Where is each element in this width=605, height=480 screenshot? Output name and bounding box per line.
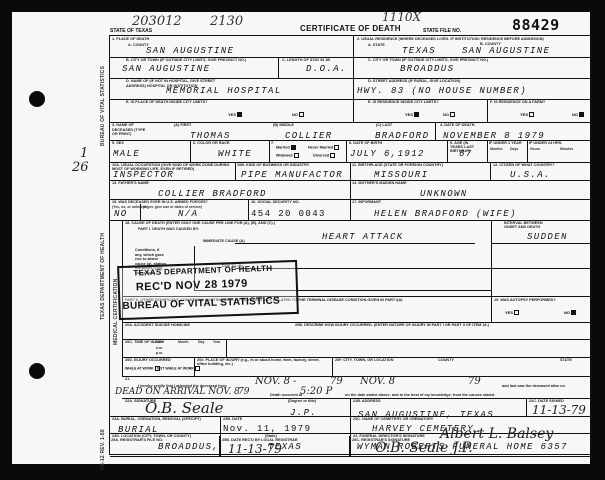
received-stamp: TEXAS DEPARTMENT OF HEALTH REC'D NOV 28 … bbox=[117, 260, 299, 320]
field-label: 11. BIRTHPLACE (State or foreign country… bbox=[352, 163, 443, 167]
armed-forces-value: NO bbox=[114, 209, 128, 219]
inside-city-no: NO bbox=[292, 112, 304, 117]
document-title: CERTIFICATE OF DEATH bbox=[300, 24, 401, 33]
field-label: 20d. INJURY OCCURRED bbox=[125, 358, 171, 362]
field-label: 23a. BURIAL, CREMATION, REMOVAL (Specify… bbox=[112, 417, 201, 421]
date-signed-value: 11-13-79 bbox=[532, 403, 586, 417]
occupation-value: INSPECTOR bbox=[113, 170, 174, 180]
checkbox[interactable] bbox=[299, 112, 304, 117]
field-label: 6. COLOR OR RACE bbox=[193, 141, 230, 145]
residence-city-value: BROADDUS bbox=[400, 64, 454, 74]
field-label: 12. CITIZEN OF WHAT COUNTRY? bbox=[493, 163, 555, 167]
autopsy-no: NO bbox=[564, 310, 576, 315]
checkbox[interactable] bbox=[195, 366, 200, 371]
field-label: IF UNDER 24 HRS. bbox=[529, 141, 562, 145]
field-label: 7. bbox=[271, 141, 274, 145]
checkbox-checked[interactable] bbox=[291, 145, 296, 150]
field-label: 14. MOTHER'S MAIDEN NAME bbox=[352, 181, 407, 185]
hospital-value: MEMORIAL HOSPITAL bbox=[166, 86, 282, 96]
punch-hole bbox=[29, 91, 45, 107]
field-label: 4. DATE OF DEATH bbox=[440, 123, 474, 127]
field-label: Month bbox=[178, 340, 189, 344]
residence-county-value: SAN AUGUSTINE bbox=[462, 46, 550, 56]
checkbox-checked[interactable] bbox=[237, 112, 242, 117]
attended-from-date: NOV. 8 - bbox=[255, 376, 297, 387]
field-label: a.m. bbox=[156, 346, 163, 350]
field-label: 13. FATHER'S NAME bbox=[112, 181, 149, 185]
stamp-department: TEXAS DEPARTMENT OF HEALTH bbox=[133, 264, 272, 278]
field-label: 20e. PLACE OF INJURY (e.g., in or about … bbox=[197, 358, 327, 366]
field-label: 18. CAUSE OF DEATH (Enter only one cause… bbox=[125, 221, 275, 225]
field-label: e. IS PLACE OF DEATH INSIDE CITY LIMITS? bbox=[126, 100, 208, 104]
length-of-stay-value: D.O.A. bbox=[306, 64, 347, 74]
form-code: VS-12 REV. 1-58 bbox=[100, 429, 106, 470]
marital-never-married: Never Married bbox=[308, 145, 339, 150]
stamp-bureau: BUREAU OF VITAL STATISTICS bbox=[122, 295, 280, 311]
residence-street-value: HWY. 83 (NO HOUSE NUMBER) bbox=[357, 86, 527, 96]
farm-no: NO bbox=[572, 112, 584, 117]
checkbox[interactable] bbox=[334, 145, 339, 150]
field-label: 10b. KIND OF BUSINESS OR INDUSTRY bbox=[237, 163, 309, 167]
handwritten-code: 1110X bbox=[382, 10, 421, 24]
margin-note: 1 bbox=[80, 146, 88, 161]
field-label: INTERVAL BETWEEN ONSET AND DEATH bbox=[504, 221, 544, 229]
burial-city-value: BROADDUS, bbox=[158, 442, 219, 452]
checkbox[interactable] bbox=[529, 112, 534, 117]
stamp-received-date: REC'D NOV 28 1979 bbox=[136, 278, 248, 294]
war-service-value: N/A bbox=[178, 209, 198, 219]
autopsy-yes: YES bbox=[505, 310, 519, 315]
field-label: COUNTY bbox=[438, 358, 454, 362]
handwritten-number: 2130 bbox=[210, 14, 243, 29]
checkbox-checked[interactable] bbox=[579, 112, 584, 117]
field-label: 20b. DESCRIBE HOW INJURY OCCURRED. (Ente… bbox=[295, 323, 489, 327]
field-label: 21. bbox=[125, 377, 130, 381]
date-of-birth-value: JULY 6,1912 bbox=[350, 149, 425, 159]
registrar-signature: O.B. Seale J.P. bbox=[375, 440, 473, 456]
certifier-signature: O.B. Seale bbox=[145, 399, 224, 417]
marital-married: Married bbox=[276, 145, 296, 150]
margin-note: 26 bbox=[72, 160, 89, 175]
field-label: 19. WAS AUTOPSY PERFORMED? bbox=[494, 298, 584, 302]
time-of-death: 5:20 P bbox=[300, 386, 332, 397]
sex-value: MALE bbox=[113, 149, 140, 159]
field-label: 3. NAME OF DECEASED (Type or print) bbox=[112, 123, 148, 137]
field-label: 16. SOCIAL SECURITY NO. bbox=[251, 200, 300, 204]
field-label: 20a. ACCIDENT SUICIDE HOMICIDE bbox=[125, 323, 190, 327]
field-label: (c) Last bbox=[376, 123, 392, 127]
field-label: (b) Middle bbox=[273, 123, 294, 127]
handwritten-dead-on-arrival: DEAD ON ARRIVAL NOV. 8 bbox=[115, 387, 240, 397]
while-at-work: WHILE AT WORK bbox=[125, 366, 160, 371]
citizen-value: U.S.A. bbox=[510, 170, 551, 180]
ssn-value: 454 20 0043 bbox=[251, 209, 326, 219]
informant-value: HELEN BRADFORD (WIFE) bbox=[374, 209, 517, 219]
place-county-value: SAN AUGUSTINE bbox=[146, 46, 234, 56]
immediate-cause-value: HEART ATTACK bbox=[322, 232, 404, 242]
field-label: on the date stated above; and to the bes… bbox=[345, 393, 495, 397]
marital-divorced: Divorced bbox=[313, 153, 335, 158]
state-file-label: STATE FILE NO. bbox=[423, 28, 461, 34]
field-label: d. STREET ADDRESS (If rural, give locati… bbox=[368, 79, 460, 83]
field-label: 1. PLACE OF DEATH bbox=[112, 37, 149, 41]
field-label: and last saw the deceased alive on bbox=[502, 384, 565, 388]
field-label: 15. WAS DECEASED EVER IN U.S. ARMED FORC… bbox=[112, 200, 208, 204]
mother-name-value: UNKNOWN bbox=[420, 189, 468, 199]
field-label: Minutes bbox=[560, 147, 573, 151]
attended-to-date: NOV. 8 bbox=[360, 376, 395, 387]
field-label: Year bbox=[213, 340, 220, 344]
punch-hole bbox=[29, 363, 45, 379]
field-label: 23c. NAME OF CEMETERY OR CREMATORY bbox=[353, 417, 433, 421]
field-label: 23b. DATE bbox=[223, 417, 242, 421]
race-value: WHITE bbox=[218, 149, 252, 159]
field-label: b. CITY OR TOWN (If outside city limits,… bbox=[126, 58, 246, 62]
checkbox-checked[interactable] bbox=[571, 310, 576, 315]
inside-city-yes: YES bbox=[228, 112, 242, 117]
residence-inside-no: NO bbox=[443, 112, 455, 117]
field-label: e. IS RESIDENCE INSIDE CITY LIMITS? bbox=[368, 100, 439, 104]
field-label: (a) First bbox=[174, 123, 191, 127]
age-value: 67 bbox=[459, 149, 473, 159]
residence-state-value: TEXAS bbox=[402, 46, 436, 56]
farm-yes: YES bbox=[520, 112, 534, 117]
handwritten-year: 79 bbox=[238, 387, 249, 397]
field-label: IF UNDER 1 YEAR bbox=[489, 141, 522, 145]
residence-inside-yes: YES bbox=[405, 112, 419, 117]
field-label: 17. INFORMANT bbox=[352, 200, 381, 204]
field-label: 8. DATE OF BIRTH bbox=[349, 141, 382, 145]
interval-value: SUDDEN bbox=[527, 232, 568, 242]
field-label: Days bbox=[510, 147, 518, 151]
father-name-value: COLLIER BRADFORD bbox=[158, 189, 267, 199]
field-label: Death occurred at bbox=[270, 393, 302, 397]
handwritten-number: 203012 bbox=[132, 14, 182, 29]
field-label: Hour bbox=[155, 340, 163, 344]
side-label-bureau: BUREAU OF VITAL STATISTICS bbox=[100, 66, 106, 146]
birthplace-value: MISSOURI bbox=[374, 170, 428, 180]
field-label: STATE bbox=[560, 358, 572, 362]
field-label: a. STATE bbox=[368, 43, 385, 47]
field-label: c. LENGTH OF STAY IN 1b bbox=[282, 58, 330, 62]
checkbox[interactable] bbox=[294, 153, 299, 158]
certificate-form: 1. PLACE OF DEATH a. COUNTY SAN AUGUSTIN… bbox=[109, 35, 591, 455]
checkbox[interactable] bbox=[450, 112, 455, 117]
field-label: PART I. DEATH WAS CAUSED BY: bbox=[138, 227, 199, 231]
industry-value: PIPE MANUFACTOR bbox=[241, 170, 343, 180]
attended-to-year: 79 bbox=[468, 376, 481, 387]
field-label: 2. USUAL RESIDENCE (Where deceased lived… bbox=[357, 37, 544, 41]
field-label: Hours bbox=[530, 147, 540, 151]
date-received-value: 11-13-79 bbox=[228, 442, 282, 456]
field-label: 5. SEX bbox=[112, 141, 124, 145]
place-city-value: SAN AUGUSTINE bbox=[122, 64, 210, 74]
field-label: p.m. bbox=[156, 351, 163, 355]
checkbox[interactable] bbox=[514, 310, 519, 315]
field-label: f. IS RESIDENCE ON A FARM? bbox=[490, 100, 545, 104]
marital-widowed: Widowed bbox=[276, 153, 299, 158]
field-label: Months bbox=[490, 147, 502, 151]
field-label: (Degree or title) bbox=[288, 399, 316, 403]
checkbox[interactable] bbox=[330, 153, 335, 158]
field-label: 22b. ADDRESS bbox=[353, 399, 381, 403]
field-label: 25a. REGISTRAR'S FILE NO. bbox=[111, 438, 163, 442]
field-label: 20f. CITY, TOWN, OR LOCATION bbox=[335, 358, 394, 362]
state-file-number: 88429 bbox=[512, 16, 560, 34]
field-label: c. CITY OR TOWN (If outside city limits,… bbox=[368, 58, 488, 62]
field-label: Day bbox=[198, 340, 204, 344]
checkbox-checked[interactable] bbox=[414, 112, 419, 117]
side-label-department: TEXAS DEPARTMENT OF HEALTH bbox=[100, 233, 106, 320]
